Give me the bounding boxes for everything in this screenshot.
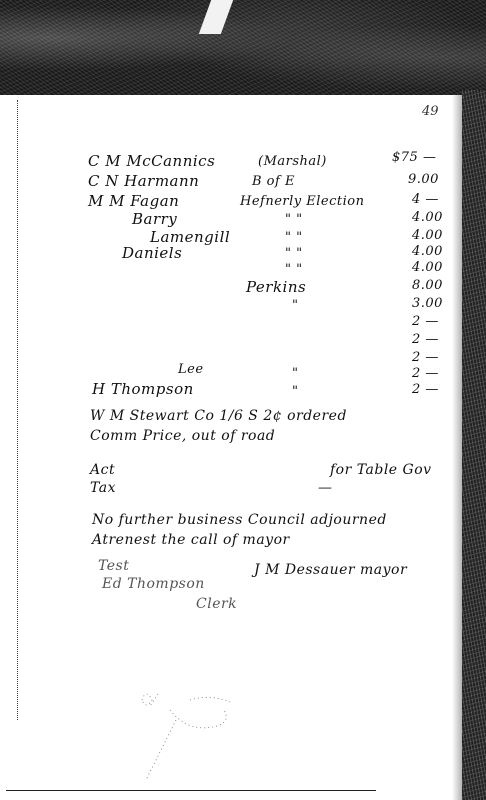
ledger-amount: 2 — xyxy=(412,366,439,381)
ledger-amount: 9.00 xyxy=(408,172,439,187)
note-line: Act xyxy=(90,462,115,478)
ledger-desc: " " xyxy=(285,212,303,227)
note-line: Tax xyxy=(90,480,116,496)
note-line: for Table Gov xyxy=(330,462,432,478)
ledger-name: M M Fagan xyxy=(88,192,179,210)
scan-dark-border-right xyxy=(462,90,486,800)
page-left-margin xyxy=(17,100,19,720)
ledger-desc: " " xyxy=(285,246,303,261)
scan-noise xyxy=(0,0,486,95)
ledger-desc: " xyxy=(292,366,298,381)
ledger-name: Daniels xyxy=(122,244,182,262)
ledger-amount: 4.00 xyxy=(412,228,443,243)
ledger-amount: 4 — xyxy=(412,192,439,207)
clerk-signature: Ed Thompson xyxy=(102,576,205,592)
clerk-title: Clerk xyxy=(196,596,237,612)
closing-line: Atrenest the call of mayor xyxy=(92,532,290,548)
ledger-name: C N Harmann xyxy=(88,172,199,190)
ledger-desc: Perkins xyxy=(246,278,306,296)
mayor-signature: J M Dessauer mayor xyxy=(254,562,407,578)
page-bottom-edge xyxy=(6,790,376,791)
ledger-amount: 2 — xyxy=(412,350,439,365)
ledger-amount: 2 — xyxy=(412,382,439,397)
ledger-desc: B of E xyxy=(252,174,295,189)
ledger-desc: " xyxy=(292,384,298,399)
ledger-desc: (Marshal) xyxy=(258,154,327,169)
ledger-amount: 2 — xyxy=(412,332,439,347)
faint-sketch-marks xyxy=(130,680,280,790)
note-line: Comm Price, out of road xyxy=(90,428,275,444)
scan-dark-border-top xyxy=(0,0,486,95)
ledger-name: Barry xyxy=(132,210,177,228)
ledger-amount: 8.00 xyxy=(412,278,443,293)
ledger-name: Lee xyxy=(178,362,204,377)
ledger-desc: " xyxy=(292,298,298,313)
ledger-amount: 2 — xyxy=(412,314,439,329)
ledger-amount: 4.00 xyxy=(412,244,443,259)
note-line: W M Stewart Co 1/6 S 2¢ ordered xyxy=(90,408,347,424)
ledger-name: C M McCannics xyxy=(88,152,215,170)
attest-signature: Test xyxy=(98,558,129,574)
ledger-amount: 4.00 xyxy=(412,260,443,275)
closing-line: No further business Council adjourned xyxy=(92,512,387,528)
ledger-amount: 4.00 xyxy=(412,210,443,225)
page-number: 49 xyxy=(422,104,439,119)
ledger-amount: $75 — xyxy=(392,150,436,165)
ledger-desc: Hefnerly Election xyxy=(240,194,364,209)
ledger-desc: " " xyxy=(285,230,303,245)
ledger-desc: " " xyxy=(285,262,303,277)
ledger-amount: 3.00 xyxy=(412,296,443,311)
ledger-name: H Thompson xyxy=(92,380,194,398)
note-line: — xyxy=(318,480,333,496)
